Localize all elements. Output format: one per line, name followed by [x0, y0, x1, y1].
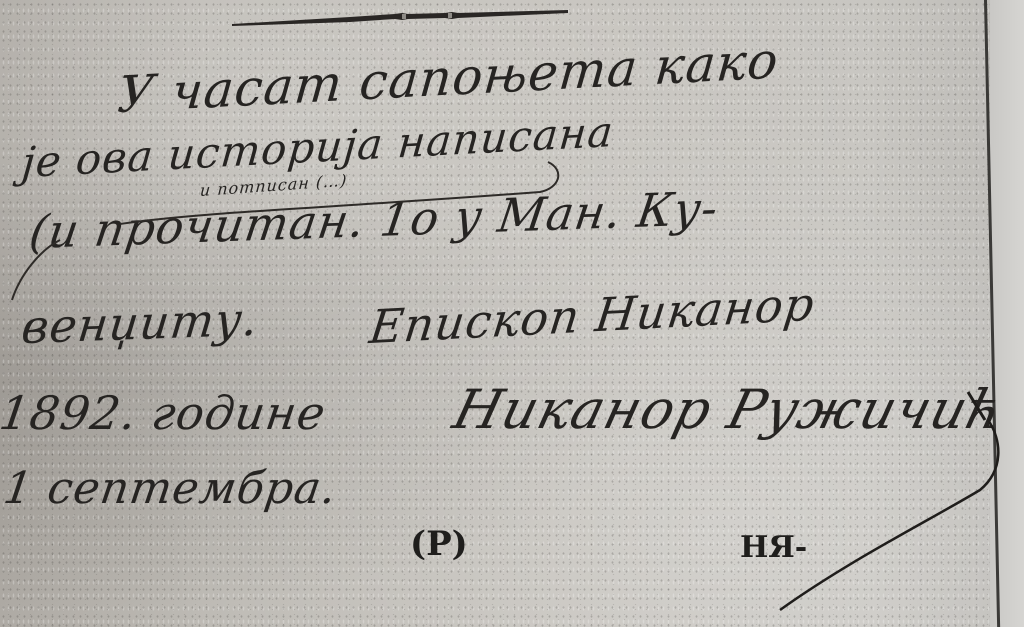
document-page: У часат сапоњета како је ова историја на… [0, 0, 1024, 627]
ornamental-rule-icon [230, 6, 570, 28]
handwriting-line-3: (и прочитан. 1о у Ман. Ку- [26, 181, 722, 259]
handwriting-line-4-title: Епископ Никанор [367, 276, 818, 354]
printed-mark-nya: НЯ- [740, 530, 807, 565]
printed-mark-r: (Р) [410, 524, 468, 564]
handwriting-line-4: венџиту. [19, 292, 261, 354]
signature: Никанор Ружичић [447, 378, 1011, 441]
handwriting-line-6-date: 1 септембра. [0, 463, 340, 514]
handwriting-line-1: У часат сапоњета како [115, 31, 781, 124]
handwriting-line-5-year: 1892. године [0, 386, 329, 440]
